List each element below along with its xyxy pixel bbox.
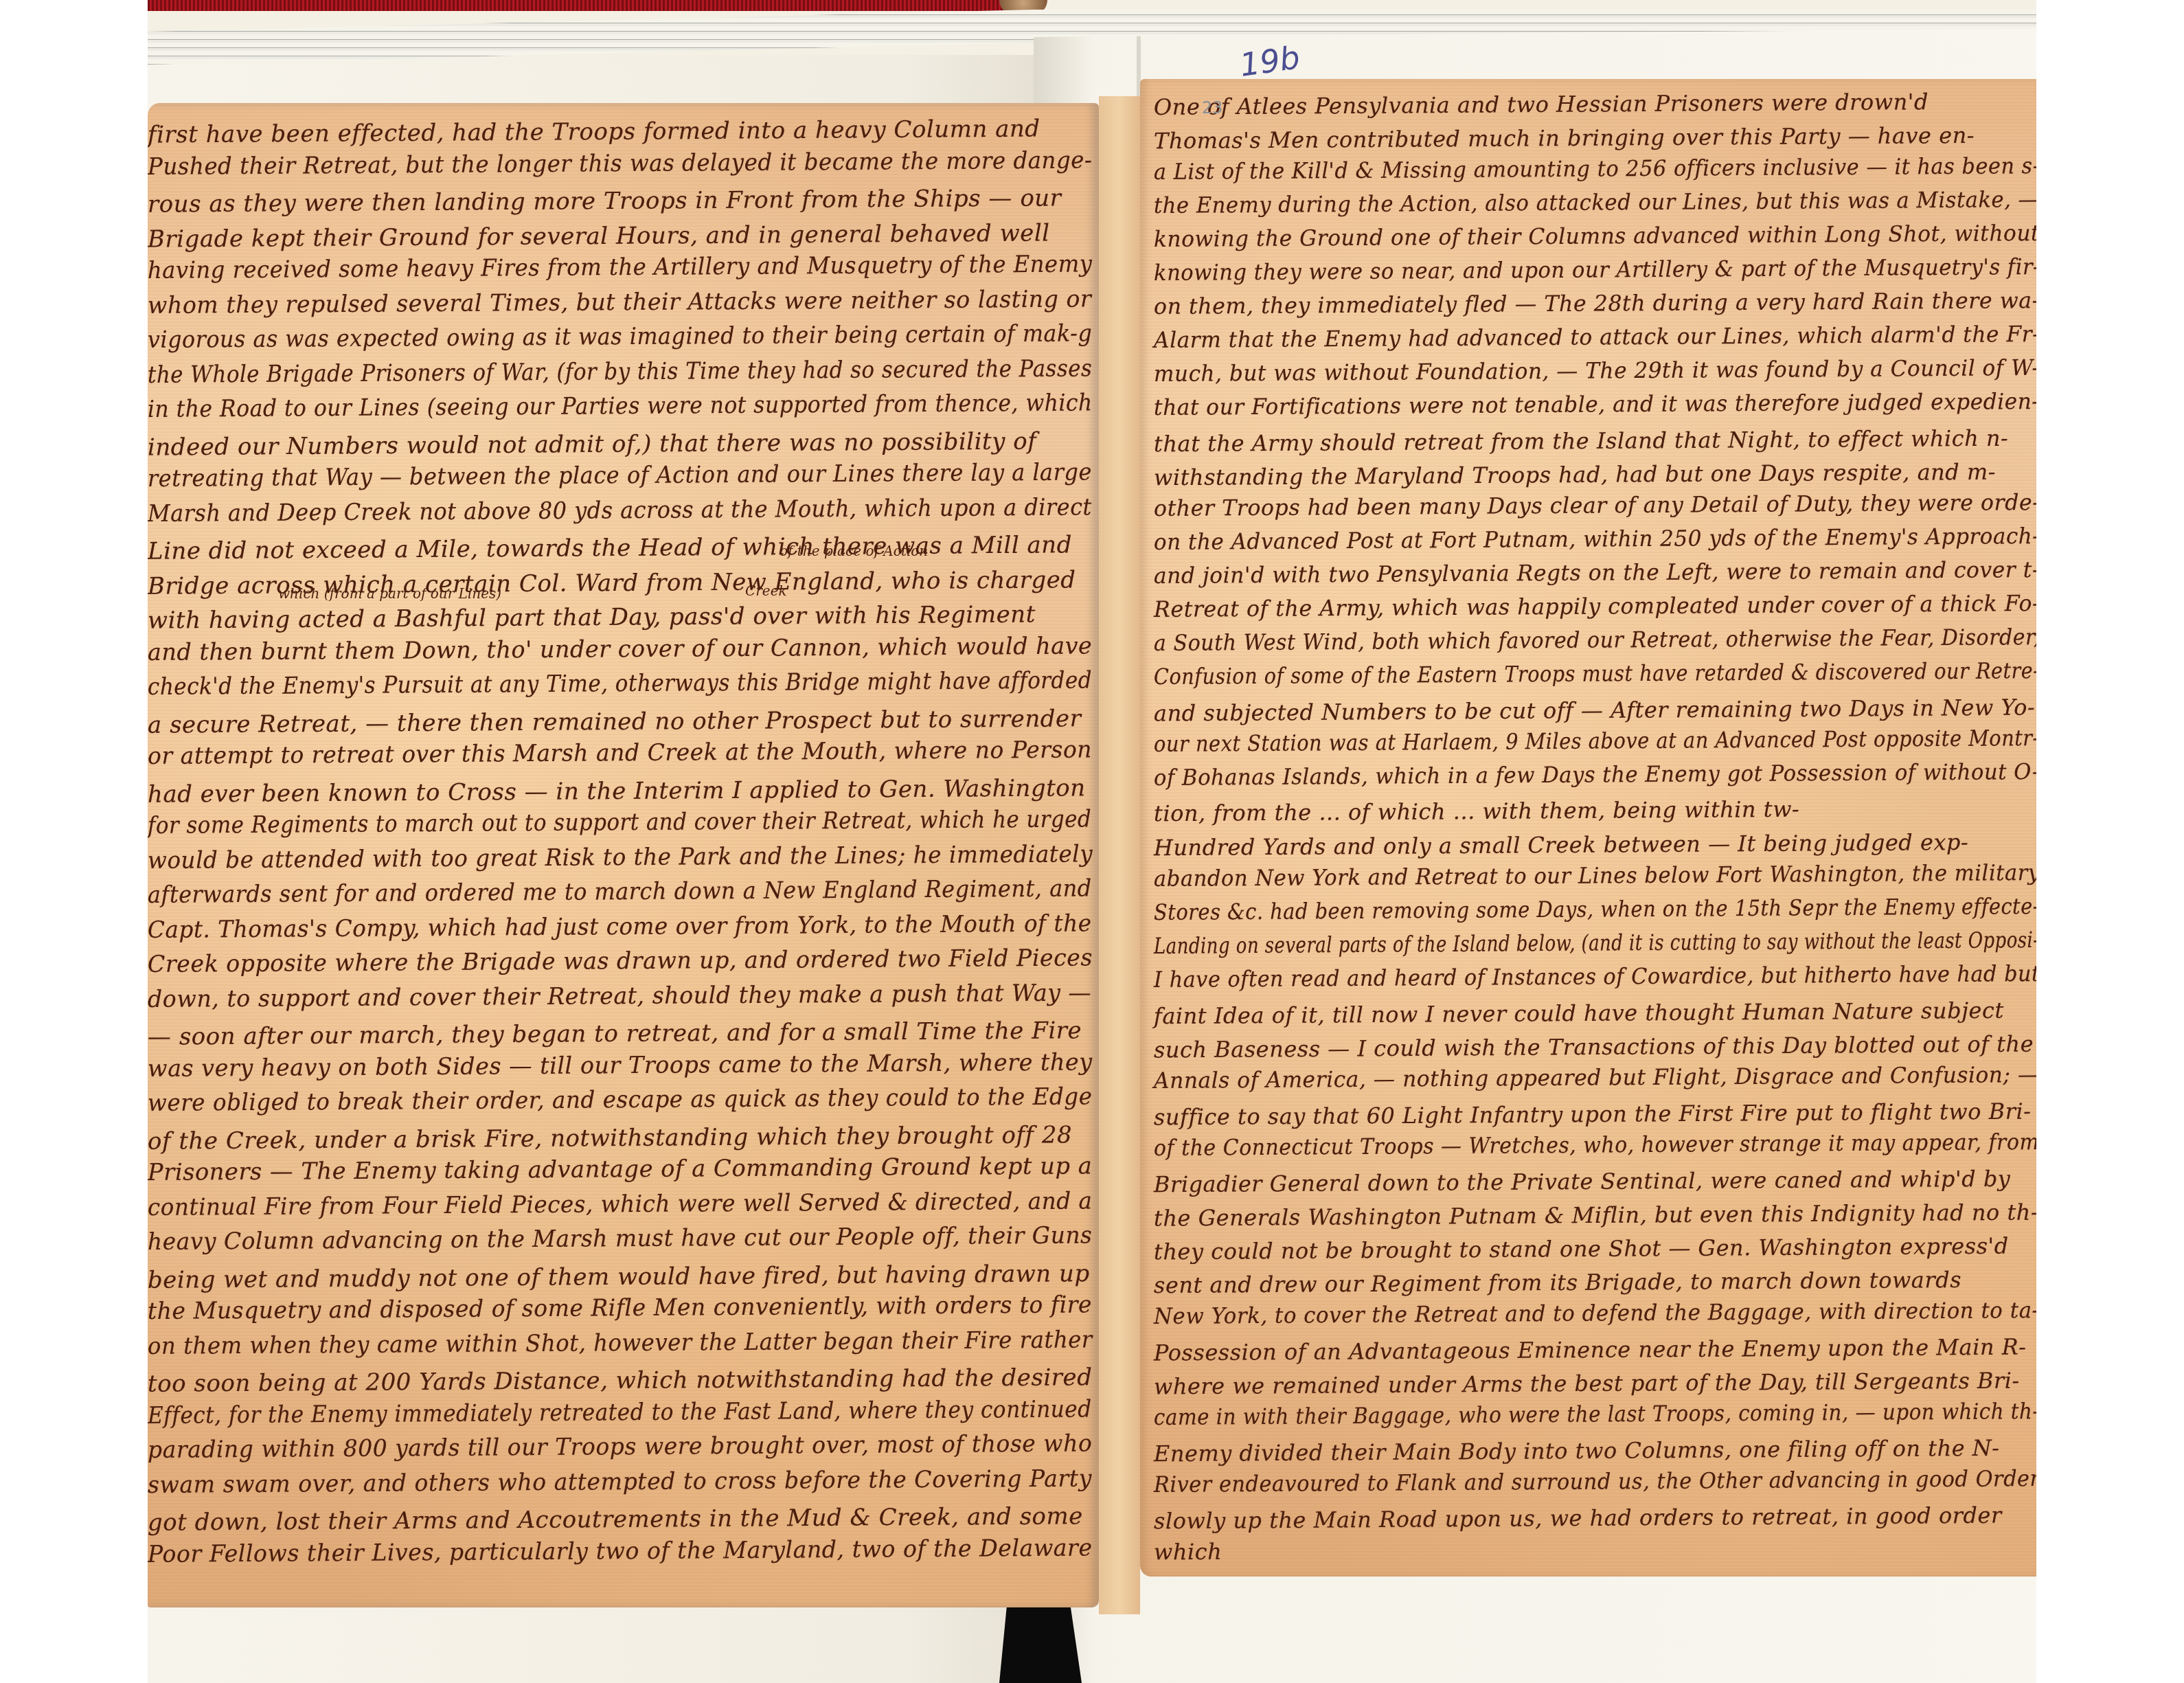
- manuscript-line: a List of the Kill'd & Missing amounting…: [1154, 153, 2036, 185]
- manuscript-line: and join'd with two Pensylvania Regts on…: [1154, 556, 2036, 589]
- manuscript-line: was very heavy on both Sides — till our …: [148, 1048, 1093, 1083]
- manuscript-line: Brigadier General down to the Private Se…: [1154, 1166, 2011, 1198]
- left-manuscript-page: first have been effected, had the Troops…: [148, 103, 1099, 1607]
- manuscript-line: too soon being at 200 Yards Distance, wh…: [148, 1364, 1092, 1398]
- manuscript-line: Marsh and Deep Creek not above 80 yds ac…: [148, 493, 1092, 528]
- manuscript-line: on the Advanced Post at Fort Putnam, wit…: [1154, 523, 2036, 555]
- interlinear-note: Creek: [745, 583, 787, 599]
- manuscript-line: — soon after our march, they began to re…: [148, 1017, 1082, 1050]
- manuscript-line: Hundred Yards and only a small Creek bet…: [1154, 829, 1968, 861]
- manuscript-line: sent and drew our Regiment from its Brig…: [1154, 1267, 1961, 1298]
- manuscript-line: they could not be brought to stand one S…: [1154, 1233, 2009, 1265]
- manuscript-line: Thomas's Men contributed much in bringin…: [1154, 122, 1975, 154]
- manuscript-line: faint Idea of it, till now I never could…: [1154, 997, 2004, 1030]
- manuscript-line: came in with their Baggage, who were the…: [1154, 1398, 2036, 1430]
- manuscript-line: Line did not exceed a Mile, towards the …: [148, 531, 1072, 565]
- manuscript-line: the Musquetry and disposed of some Rifle…: [148, 1291, 1092, 1325]
- manuscript-line: and subjected Numbers to be cut off — Af…: [1154, 694, 2036, 727]
- interlinear-note: of the place of Action: [780, 543, 928, 559]
- manuscript-line: in the Road to our Lines (seeing our Par…: [148, 389, 1093, 423]
- manuscript-line: were obliged to break their order, and e…: [148, 1083, 1093, 1117]
- manuscript-line: our next Station was at Harlaem, 9 Miles…: [1154, 725, 2036, 757]
- manuscript-line: heavy Column advancing on the Marsh must…: [148, 1221, 1093, 1256]
- manuscript-line: swam swam over, and others who attempted…: [148, 1465, 1092, 1499]
- manuscript-line: One of Atlees Pensylvania and two Hessia…: [1154, 89, 1929, 120]
- manuscript-line: Creek opposite where the Brigade was dra…: [148, 944, 1093, 978]
- manuscript-line: whom they repulsed several Times, but th…: [148, 285, 1091, 319]
- open-book: 19b first have been effected, had the Tr…: [148, 0, 2036, 1683]
- manuscript-line: Possession of an Advantageous Eminence n…: [1154, 1334, 2027, 1366]
- manuscript-line: the Generals Washington Putnam & Miflin,…: [1154, 1199, 2036, 1232]
- interlinear-note: which (from a part of our Lines): [278, 585, 501, 602]
- manuscript-line: Poor Fellows their Lives, particularly t…: [148, 1534, 1093, 1568]
- manuscript-line: I have often read and heard of Instances…: [1154, 960, 2036, 993]
- manuscript-line: a South West Wind, both which favored ou…: [1154, 624, 2036, 656]
- manuscript-line: continual Fire from Four Field Pieces, w…: [148, 1187, 1092, 1221]
- red-cloth-binding: [148, 0, 1030, 11]
- manuscript-line: River endeavoured to Flank and surround …: [1154, 1465, 2036, 1498]
- manuscript-line: with having acted a Bashful part that Da…: [148, 600, 1036, 634]
- manuscript-line: parading within 800 yards till our Troop…: [148, 1430, 1092, 1464]
- manuscript-line: other Troops had been many Days clear of…: [1154, 489, 2036, 521]
- right-manuscript-page: 23 One of Atlees Pensylvania and two Hes…: [1140, 79, 2036, 1577]
- manuscript-line: Alarm that the Enemy had advanced to att…: [1154, 321, 2036, 353]
- manuscript-line: down, to support and cover their Retreat…: [148, 979, 1091, 1013]
- manuscript-line: first have been effected, had the Troops…: [148, 115, 1040, 148]
- manuscript-line: which: [1154, 1539, 1222, 1566]
- manuscript-line: and then burnt them Down, tho' under cov…: [148, 632, 1092, 666]
- manuscript-line: Enemy divided their Main Body into two C…: [1154, 1435, 2000, 1467]
- manuscript-line: a secure Retreat, — there then remained …: [148, 705, 1082, 738]
- manuscript-line: of the Connecticut Troops — Wretches, wh…: [1154, 1129, 2036, 1161]
- manuscript-line: abandon New York and Retreat to our Line…: [1154, 859, 2036, 892]
- manuscript-line: suffice to say that 60 Light Infantry up…: [1154, 1098, 2032, 1131]
- manuscript-line: that the Army should retreat from the Is…: [1154, 425, 2009, 458]
- manuscript-line: on them, they immediately fled — The 28t…: [1154, 287, 2036, 319]
- manuscript-line: withstanding the Maryland Troops had, ha…: [1154, 459, 1996, 491]
- manuscript-line: Retreat of the Army, which was happily c…: [1154, 590, 2036, 622]
- manuscript-line: Pushed their Retreat, but the longer thi…: [148, 146, 1093, 181]
- manuscript-line: got down, lost their Arms and Accoutreme…: [148, 1502, 1083, 1537]
- manuscript-line: tion, from the ... of which ... with the…: [1154, 796, 1800, 827]
- manuscript-line: on them when they came within Shot, howe…: [148, 1326, 1093, 1360]
- manuscript-line: had ever been known to Cross — in the In…: [148, 774, 1086, 809]
- gutter-fold: [1099, 96, 1140, 1614]
- manuscript-line: Effect, for the Enemy immediately retrea…: [148, 1395, 1092, 1430]
- manuscript-line: Landing on several parts of the Island b…: [1154, 927, 2036, 959]
- right-page-lines: One of Atlees Pensylvania and two Hessia…: [1140, 79, 2036, 1577]
- manuscript-line: check'd the Enemy's Pursuit at any Time,…: [148, 666, 1092, 701]
- manuscript-line: where we remained under Arms the best pa…: [1154, 1368, 2020, 1400]
- manuscript-line: the Whole Brigade Prisoners of War, (for…: [148, 354, 1092, 389]
- manuscript-line: such Baseness — I could wish the Transac…: [1154, 1031, 2034, 1063]
- manuscript-line: vigorous as was expected owing as it was…: [148, 319, 1092, 354]
- manuscript-line: being wet and muddy not one of them woul…: [148, 1260, 1090, 1294]
- manuscript-line: that our Fortifications were not tenable…: [1154, 388, 2036, 420]
- manuscript-line: for some Regiments to march out to suppo…: [148, 805, 1091, 839]
- manuscript-line: Stores &c. had been removing some Days, …: [1154, 893, 2036, 925]
- manuscript-line: or attempt to retreat over this Marsh an…: [148, 736, 1092, 770]
- manuscript-line: much, but was without Foundation, — The …: [1154, 354, 2036, 387]
- manuscript-line: having received some heavy Fires from th…: [148, 250, 1093, 284]
- manuscript-line: Prisoners — The Enemy taking advantage o…: [148, 1152, 1092, 1186]
- manuscript-line: slowly up the Main Road upon us, we had …: [1154, 1502, 2002, 1535]
- left-page-lines: first have been effected, had the Troops…: [148, 103, 1099, 1607]
- manuscript-line: retreating that Way — between the place …: [148, 458, 1092, 493]
- manuscript-line: the Enemy during the Action, also attack…: [1154, 186, 2036, 218]
- manuscript-line: indeed our Numbers would not admit of,) …: [148, 427, 1036, 461]
- manuscript-line: Annals of America, — nothing appeared bu…: [1154, 1061, 2036, 1094]
- manuscript-line: would be attended with too great Risk to…: [148, 840, 1093, 874]
- manuscript-line: New York, to cover the Retreat and to de…: [1154, 1297, 2036, 1329]
- manuscript-line: knowing the Ground one of their Columns …: [1154, 220, 2036, 252]
- pencil-page-number: 23: [1202, 98, 1223, 117]
- manuscript-line: Capt. Thomas's Compy, which had just com…: [148, 910, 1092, 944]
- manuscript-line: of the Creek, under a brisk Fire, notwit…: [148, 1121, 1072, 1155]
- manuscript-line: Confusion of some of the Eastern Troops …: [1154, 657, 2036, 690]
- manuscript-line: knowing they were so near, and upon our …: [1154, 253, 2036, 286]
- manuscript-line: afterwards sent for and ordered me to ma…: [148, 874, 1092, 909]
- manuscript-line: Brigade kept their Ground for several Ho…: [148, 219, 1050, 253]
- manuscript-line: rous as they were then landing more Troo…: [148, 184, 1062, 218]
- manuscript-line: of Bohanas Islands, which in a few Days …: [1154, 758, 2036, 791]
